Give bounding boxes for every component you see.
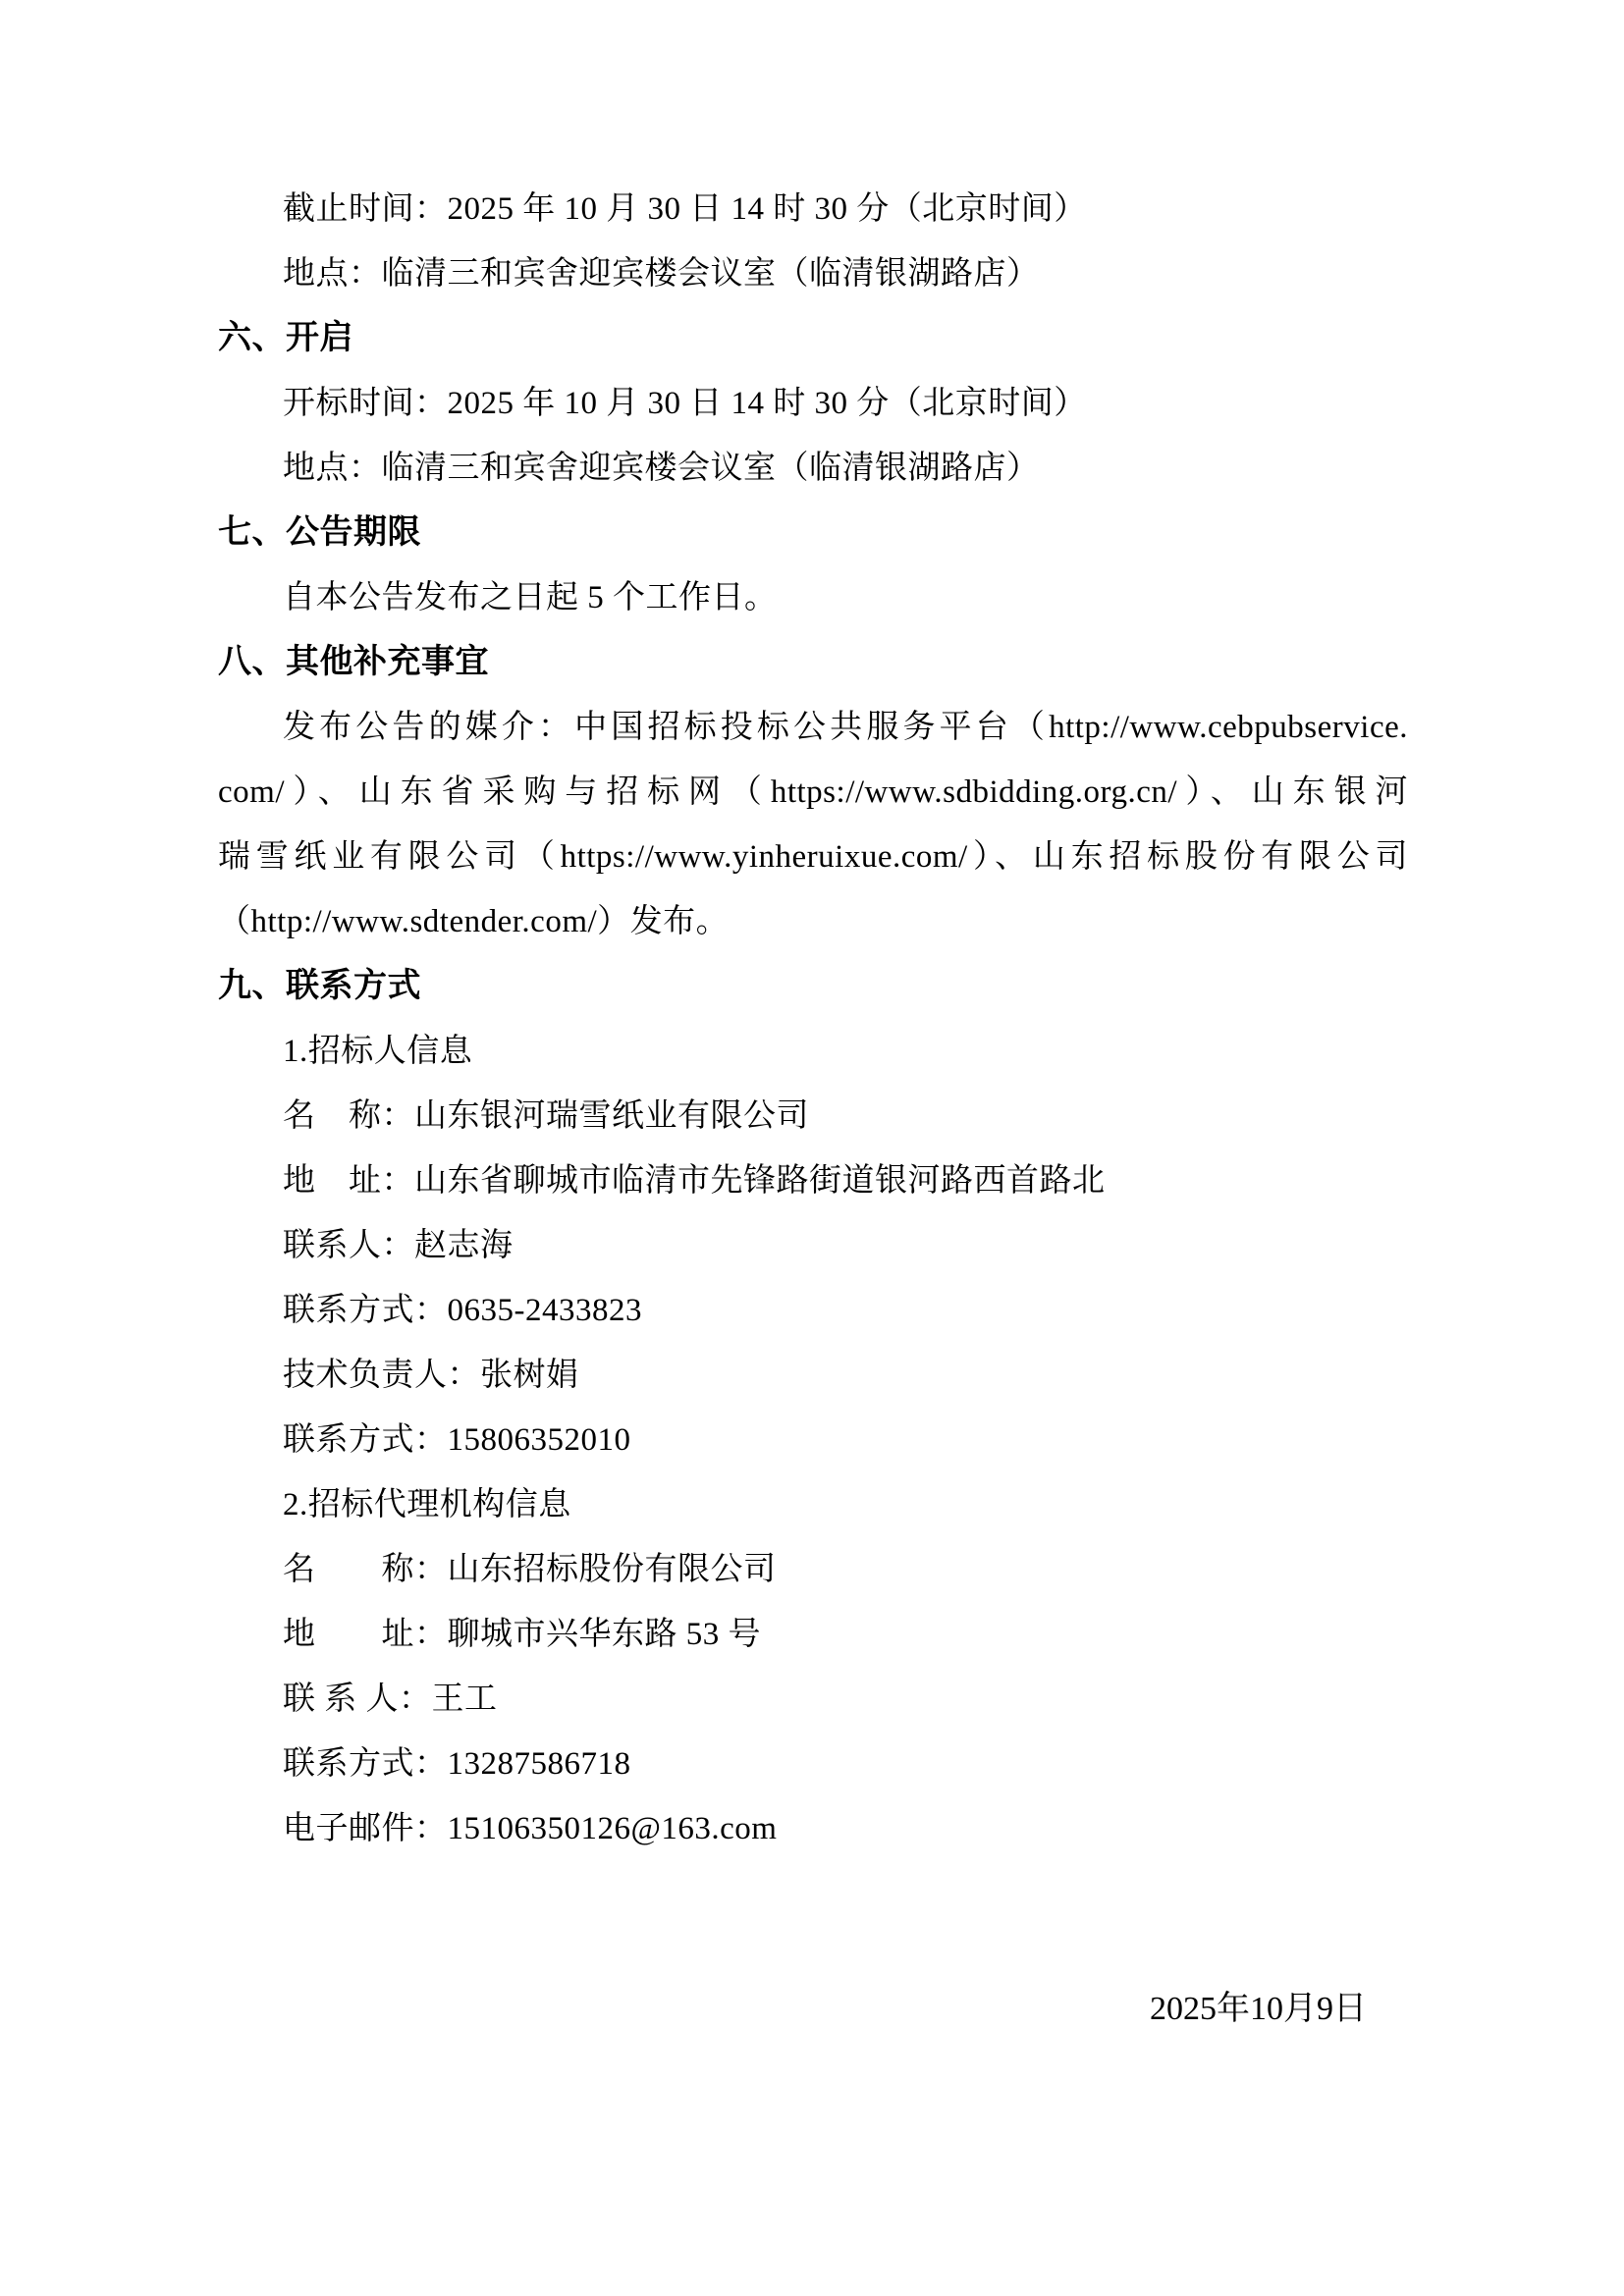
line-bid-opening-place: 地点：临清三和宾舍迎宾楼会议室（临清银湖路店） (218, 436, 1408, 501)
line-tenderer-name: 名 称：山东银河瑞雪纸业有限公司 (218, 1084, 1408, 1148)
line-media-1: 发布公告的媒介：中国招标投标公共服务平台（http://www.cebpubse… (218, 695, 1408, 760)
line-submission-deadline: 截止时间：2025 年 10 月 30 日 14 时 30 分（北京时间） (218, 177, 1408, 241)
heading-section-6-opening: 六、开启 (218, 306, 1408, 371)
line-agency-info-title: 2.招标代理机构信息 (218, 1472, 1408, 1537)
line-media-3: 瑞雪纸业有限公司（https://www.yinheruixue.com/）、山… (218, 825, 1408, 889)
line-tenderer-address: 地 址：山东省聊城市临清市先锋路街道银河路西首路北 (218, 1148, 1408, 1213)
line-agency-name: 名 称：山东招标股份有限公司 (218, 1537, 1408, 1602)
line-announcement-period: 自本公告发布之日起 5 个工作日。 (218, 565, 1408, 630)
line-tenderer-contact-person: 联系人：赵志海 (218, 1213, 1408, 1278)
line-agency-contact-phone: 联系方式：13287586718 (218, 1732, 1408, 1796)
heading-section-9-contact: 九、联系方式 (218, 954, 1408, 1019)
line-media-4: （http://www.sdtender.com/）发布。 (218, 889, 1408, 954)
line-submission-place: 地点：临清三和宾舍迎宾楼会议室（临清银湖路店） (218, 241, 1408, 306)
line-agency-email: 电子邮件：15106350126@163.com (218, 1796, 1408, 1861)
heading-section-7-announcement-period: 七、公告期限 (218, 501, 1408, 565)
line-tenderer-info-title: 1.招标人信息 (218, 1019, 1408, 1084)
document-page: 截止时间：2025 年 10 月 30 日 14 时 30 分（北京时间） 地点… (0, 0, 1624, 2296)
line-tenderer-contact-phone: 联系方式：0635-2433823 (218, 1278, 1408, 1343)
line-media-2: com/）、山东省采购与招标网（https://www.sdbidding.or… (218, 760, 1408, 825)
line-agency-contact-person: 联 系 人：王工 (218, 1667, 1408, 1732)
document-body: 截止时间：2025 年 10 月 30 日 14 时 30 分（北京时间） 地点… (218, 177, 1408, 2042)
line-tenderer-tech-lead: 技术负责人：张树娟 (218, 1343, 1408, 1408)
line-bid-opening-time: 开标时间：2025 年 10 月 30 日 14 时 30 分（北京时间） (218, 371, 1408, 436)
document-date: 2025年10月9日 (218, 1977, 1408, 2042)
heading-section-8-other-matters: 八、其他补充事宜 (218, 630, 1408, 695)
line-tenderer-tech-phone: 联系方式：15806352010 (218, 1408, 1408, 1472)
line-agency-address: 地 址：聊城市兴华东路 53 号 (218, 1602, 1408, 1667)
